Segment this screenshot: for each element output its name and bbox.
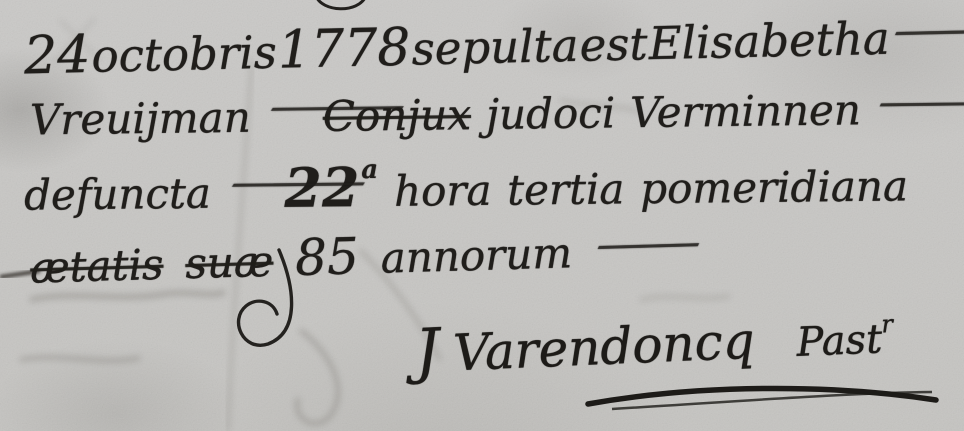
age-years: 85	[294, 227, 359, 287]
word-tertia: tertia	[507, 164, 625, 214]
struck-word-aetatis: ætatis	[30, 240, 165, 293]
signature-underline-return-stroke	[612, 392, 932, 409]
word-defuncta: defuncta	[24, 169, 211, 220]
scanned-register-page: 24 octobris 1778 sepulta est Elisabetha …	[0, 0, 964, 431]
title-superscript: r	[881, 310, 894, 338]
text-line-4: ætatis suæ 85 annorum —	[29, 220, 636, 295]
struck-word-suae: suæ	[185, 237, 274, 288]
word: sepulta	[411, 19, 579, 76]
deceased-surname: Vreuijman	[30, 93, 251, 145]
ink-dash: —	[876, 76, 964, 126]
signature-initial: J	[414, 316, 441, 387]
signature-title: Pastr	[795, 310, 894, 366]
signature-surname: Varendoncq	[452, 312, 756, 383]
burial-year: 1778	[277, 18, 411, 81]
deceased-first-name: Elisabetha	[648, 12, 890, 70]
text-line-1: 24 octobris 1778 sepulta est Elisabetha …	[23, 6, 936, 87]
husband-surname: Verminnen	[630, 85, 861, 137]
top-edge-circle-flourish	[316, 0, 366, 9]
ink-dash: —	[890, 1, 964, 57]
word: est	[579, 17, 648, 72]
word-annorum: annorum	[380, 228, 573, 282]
husband-first-name: judoci	[486, 88, 616, 139]
word-hora: hora	[394, 166, 492, 216]
word-pomeridiana: pomeridiana	[640, 161, 908, 213]
pastor-signature: J Varendoncq Pastr	[414, 295, 936, 387]
burial-day: 24	[23, 25, 91, 86]
text-line-3: defuncta — 22a hora tertia pomeridiana	[24, 149, 909, 222]
strike-dash: —	[265, 80, 408, 131]
ink-dash: —	[593, 217, 704, 269]
signature-underline-flourish	[588, 388, 936, 404]
burial-month: octobris	[91, 26, 277, 83]
ink-dash: —	[226, 156, 369, 206]
text-line-2: Vreuijman — Conjux judoci Verminnen —	[30, 85, 919, 145]
